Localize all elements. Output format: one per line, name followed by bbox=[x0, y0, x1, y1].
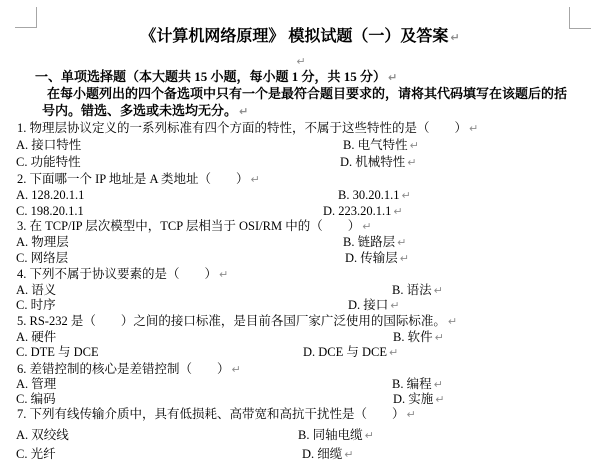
question-4-stem-line: 4. 下列不属于协议要素的是（ ）↵ bbox=[0, 266, 600, 283]
question-1-options-row-1: A. 接口特性 B. 电气特性↵ bbox=[0, 137, 600, 153]
paragraph-mark-icon: ↵ bbox=[435, 331, 444, 344]
question-2-option-a: A. 128.20.1.1 bbox=[16, 187, 84, 203]
question-5-option-b: B. 软件 bbox=[393, 330, 433, 344]
instructions-line-1: 在每小题列出的四个备选项中只有一个是最符合题目要求的，请将其代码填写在该题后的括 bbox=[0, 86, 600, 102]
paragraph-mark-icon: ↵ bbox=[410, 139, 419, 152]
paragraph-mark-icon: ↵ bbox=[397, 236, 406, 249]
question-4-option-d: D. 接口 bbox=[348, 298, 388, 312]
question-1-stem: 1. 物理层协议定义的一系列标准有四个方面的特性，不属于这些特性的是（ ） bbox=[17, 120, 467, 136]
paragraph-mark-icon: ↵ bbox=[448, 315, 457, 328]
title-line: 《计算机网络原理》 模拟试题（一）及答案↵ bbox=[0, 27, 600, 48]
question-2-option-c: C. 198.20.1.1 bbox=[16, 203, 84, 219]
question-3-options-row-2: C. 网络层 D. 传输层↵ bbox=[0, 250, 600, 266]
question-2-options-row-2: C. 198.20.1.1 D. 223.20.1.1↵ bbox=[0, 203, 600, 219]
section-heading: 一、单项选择题（本大题共 15 小题，每小题 1 分，共 15 分） bbox=[35, 69, 386, 85]
question-5-option-a: A. 硬件 bbox=[16, 329, 56, 345]
question-2-stem: 2. 下面哪一个 IP 地址是 A 类地址（ ） bbox=[17, 171, 249, 187]
question-7-options-row-2: C. 光纤 D. 细缆↵ bbox=[0, 446, 600, 462]
question-2-option-d: D. 223.20.1.1 bbox=[323, 204, 391, 218]
document-title: 《计算机网络原理》 模拟试题（一）及答案 bbox=[140, 28, 448, 45]
question-6-options-row-1: A. 管理 B. 编程↵ bbox=[0, 376, 600, 392]
paragraph-mark-icon: ↵ bbox=[407, 156, 416, 169]
paragraph-mark-icon: ↵ bbox=[296, 55, 305, 68]
paragraph-mark-icon: ↵ bbox=[393, 205, 402, 218]
instructions-text-1: 在每小题列出的四个备选项中只有一个是最符合题目要求的，请将其代码填写在该题后的括 bbox=[47, 86, 567, 102]
question-4-option-b: B. 语法 bbox=[392, 283, 432, 297]
paragraph-mark-icon: ↵ bbox=[469, 122, 478, 135]
question-7-option-a: A. 双绞线 bbox=[16, 427, 69, 443]
text-boundary-mark-top-right-icon bbox=[569, 7, 591, 29]
question-7-stem-line: 7. 下列有线传输介质中，具有低损耗、高带宽和高抗干扰性是（ ）↵ bbox=[0, 406, 600, 423]
question-6-stem: 6. 差错控制的核心是差错控制（ ） bbox=[17, 361, 230, 377]
paragraph-mark-icon: ↵ bbox=[401, 189, 410, 202]
paragraph-mark-icon: ↵ bbox=[239, 105, 248, 118]
question-1-option-c: C. 功能特性 bbox=[16, 154, 81, 170]
question-3-stem-line: 3. 在 TCP/IP 层次模型中，TCP 层相当于 OSI/RM 中的（ ）↵ bbox=[0, 218, 600, 235]
paragraph-mark-icon: ↵ bbox=[388, 71, 397, 84]
question-3-option-a: A. 物理层 bbox=[16, 234, 69, 250]
empty-paragraph-line: ↵ bbox=[0, 53, 600, 70]
question-6-option-a: A. 管理 bbox=[16, 376, 56, 392]
question-5-stem: 5. RS-232 是（ ）之间的接口标准，是目前各国厂家广泛使用的国际标准。 bbox=[17, 313, 446, 329]
question-7-option-c: C. 光纤 bbox=[16, 446, 56, 462]
paragraph-mark-icon: ↵ bbox=[434, 284, 443, 297]
question-7-stem: 7. 下列有线传输介质中，具有低损耗、高带宽和高抗干扰性是（ ） bbox=[17, 406, 405, 422]
question-2-options-row-1: A. 128.20.1.1 B. 30.20.1.1↵ bbox=[0, 187, 600, 203]
paragraph-mark-icon: ↵ bbox=[407, 408, 416, 421]
instructions-line-2: 号内。错选、多选或未选均无分。↵ bbox=[0, 103, 600, 120]
paragraph-mark-icon: ↵ bbox=[400, 252, 409, 265]
question-4-option-c: C. 时序 bbox=[16, 297, 56, 313]
question-6-option-c: C. 编码 bbox=[16, 391, 56, 407]
question-2-option-b: B. 30.20.1.1 bbox=[338, 188, 399, 202]
question-7-options-row-1: A. 双绞线 B. 同轴电缆↵ bbox=[0, 427, 600, 443]
question-2-stem-line: 2. 下面哪一个 IP 地址是 A 类地址（ ）↵ bbox=[0, 171, 600, 188]
question-6-option-b: B. 编程 bbox=[392, 377, 432, 391]
question-7-option-d: D. 细缆 bbox=[302, 447, 342, 461]
document-page: 《计算机网络原理》 模拟试题（一）及答案↵ ↵ 一、单项选择题（本大题共 15 … bbox=[0, 0, 600, 466]
paragraph-mark-icon: ↵ bbox=[362, 220, 371, 233]
question-5-stem-line: 5. RS-232 是（ ）之间的接口标准，是目前各国厂家广泛使用的国际标准。↵ bbox=[0, 313, 600, 330]
question-6-options-row-2: C. 编码 D. 实施↵ bbox=[0, 391, 600, 407]
question-4-stem: 4. 下列不属于协议要素的是（ ） bbox=[17, 266, 217, 282]
question-4-options-row-1: A. 语义 B. 语法↵ bbox=[0, 282, 600, 298]
question-4-options-row-2: C. 时序 D. 接口↵ bbox=[0, 297, 600, 313]
paragraph-mark-icon: ↵ bbox=[232, 363, 241, 376]
paragraph-mark-icon: ↵ bbox=[365, 429, 374, 442]
question-3-options-row-1: A. 物理层 B. 链路层↵ bbox=[0, 234, 600, 250]
question-5-option-c: C. DTE 与 DCE bbox=[16, 344, 99, 360]
question-1-option-a: A. 接口特性 bbox=[16, 137, 81, 153]
paragraph-mark-icon: ↵ bbox=[434, 378, 443, 391]
question-7-option-b: B. 同轴电缆 bbox=[298, 428, 363, 442]
paragraph-mark-icon: ↵ bbox=[390, 299, 399, 312]
paragraph-mark-icon: ↵ bbox=[450, 31, 459, 44]
question-1-options-row-2: C. 功能特性 D. 机械特性↵ bbox=[0, 154, 600, 170]
section-heading-line: 一、单项选择题（本大题共 15 小题，每小题 1 分，共 15 分）↵ bbox=[0, 69, 600, 86]
question-3-stem: 3. 在 TCP/IP 层次模型中，TCP 层相当于 OSI/RM 中的（ ） bbox=[17, 218, 360, 234]
question-3-option-b: B. 链路层 bbox=[343, 235, 395, 249]
text-boundary-mark-top-left-icon bbox=[15, 7, 37, 28]
question-1-stem-line: 1. 物理层协议定义的一系列标准有四个方面的特性，不属于这些特性的是（ ）↵ bbox=[0, 120, 600, 137]
question-5-options-row-1: A. 硬件 B. 软件↵ bbox=[0, 329, 600, 345]
question-5-option-d: D. DCE 与 DCE bbox=[303, 345, 387, 359]
paragraph-mark-icon: ↵ bbox=[219, 268, 228, 281]
question-3-option-c: C. 网络层 bbox=[16, 250, 68, 266]
question-4-option-a: A. 语义 bbox=[16, 282, 56, 298]
question-3-option-d: D. 传输层 bbox=[345, 251, 398, 265]
paragraph-mark-icon: ↵ bbox=[251, 173, 260, 186]
question-6-option-d: D. 实施 bbox=[393, 392, 433, 406]
instructions-text-2: 号内。错选、多选或未选均无分。 bbox=[42, 103, 237, 119]
question-1-option-b: B. 电气特性 bbox=[343, 138, 408, 152]
paragraph-mark-icon: ↵ bbox=[435, 393, 444, 406]
paragraph-mark-icon: ↵ bbox=[344, 448, 353, 461]
question-5-options-row-2: C. DTE 与 DCE D. DCE 与 DCE↵ bbox=[0, 344, 600, 360]
paragraph-mark-icon: ↵ bbox=[389, 346, 398, 359]
question-1-option-d: D. 机械特性 bbox=[340, 155, 405, 169]
